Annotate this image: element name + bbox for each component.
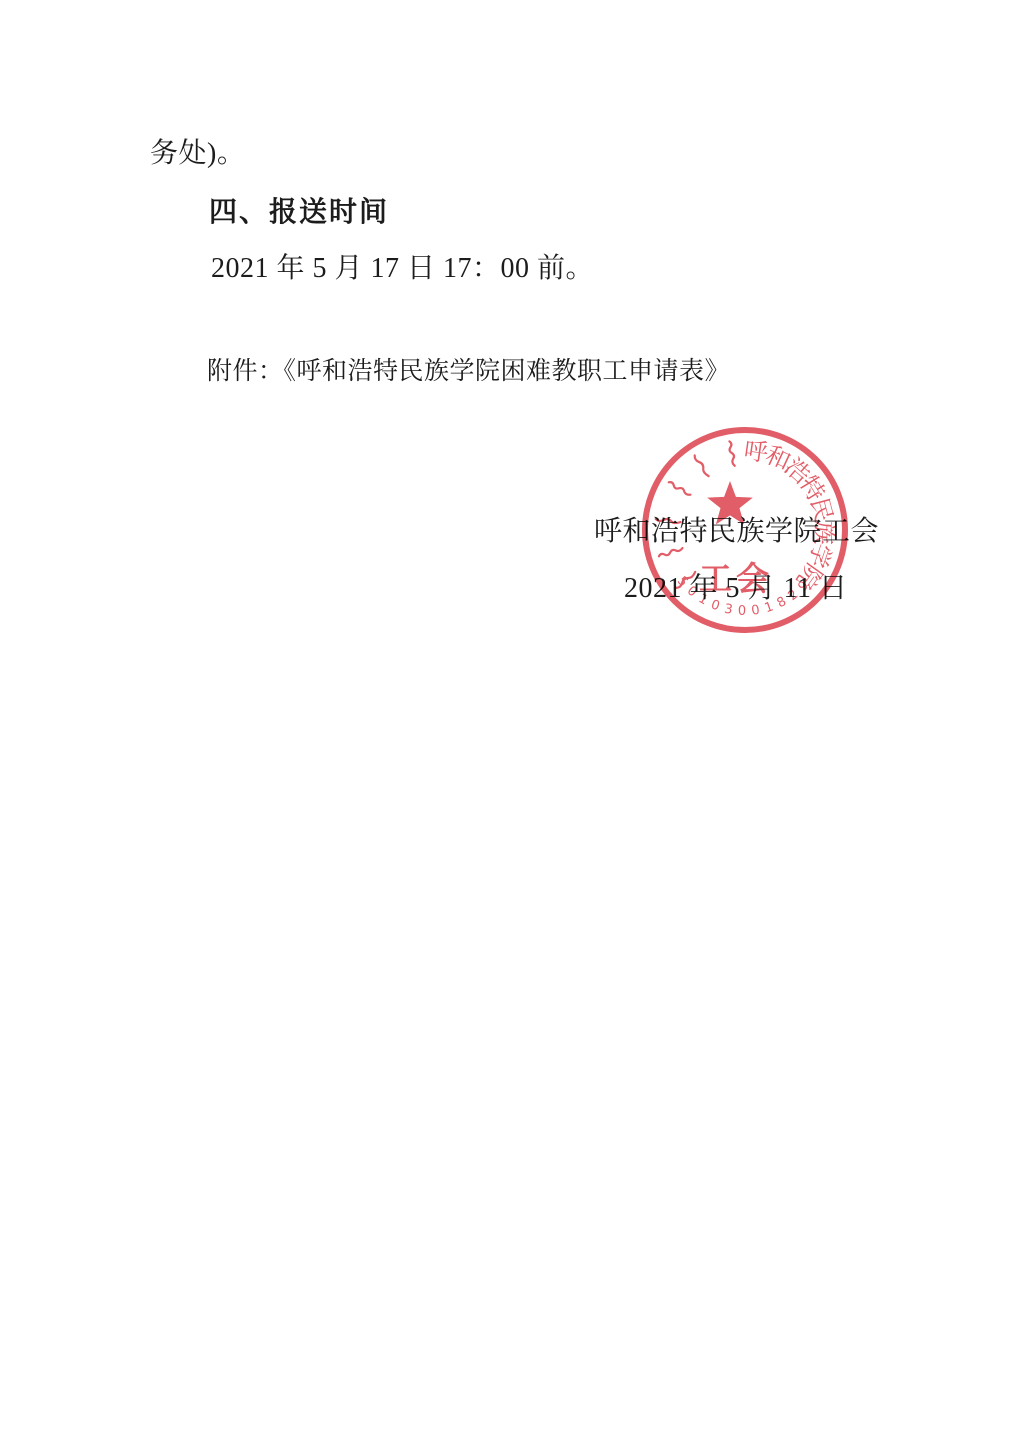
deadline-text: 2021 年 5 月 17 日 17：00 前。 xyxy=(211,246,594,286)
seal-center-text: 工会 xyxy=(699,561,773,598)
paragraph-trailing-line: 务处)。 xyxy=(150,131,245,171)
official-seal-stamp: 呼和浩特民族学院 工会 1501030018297 xyxy=(635,420,855,640)
document-page: 务处)。 四、报送时间 2021 年 5 月 17 日 17：00 前。 附件：… xyxy=(0,0,1024,1448)
section-heading: 四、报送时间 xyxy=(209,190,389,230)
attachment-line: 附件：《呼和浩特民族学院困难教职工申请表》 xyxy=(207,351,730,387)
seal-star-icon xyxy=(707,481,753,524)
